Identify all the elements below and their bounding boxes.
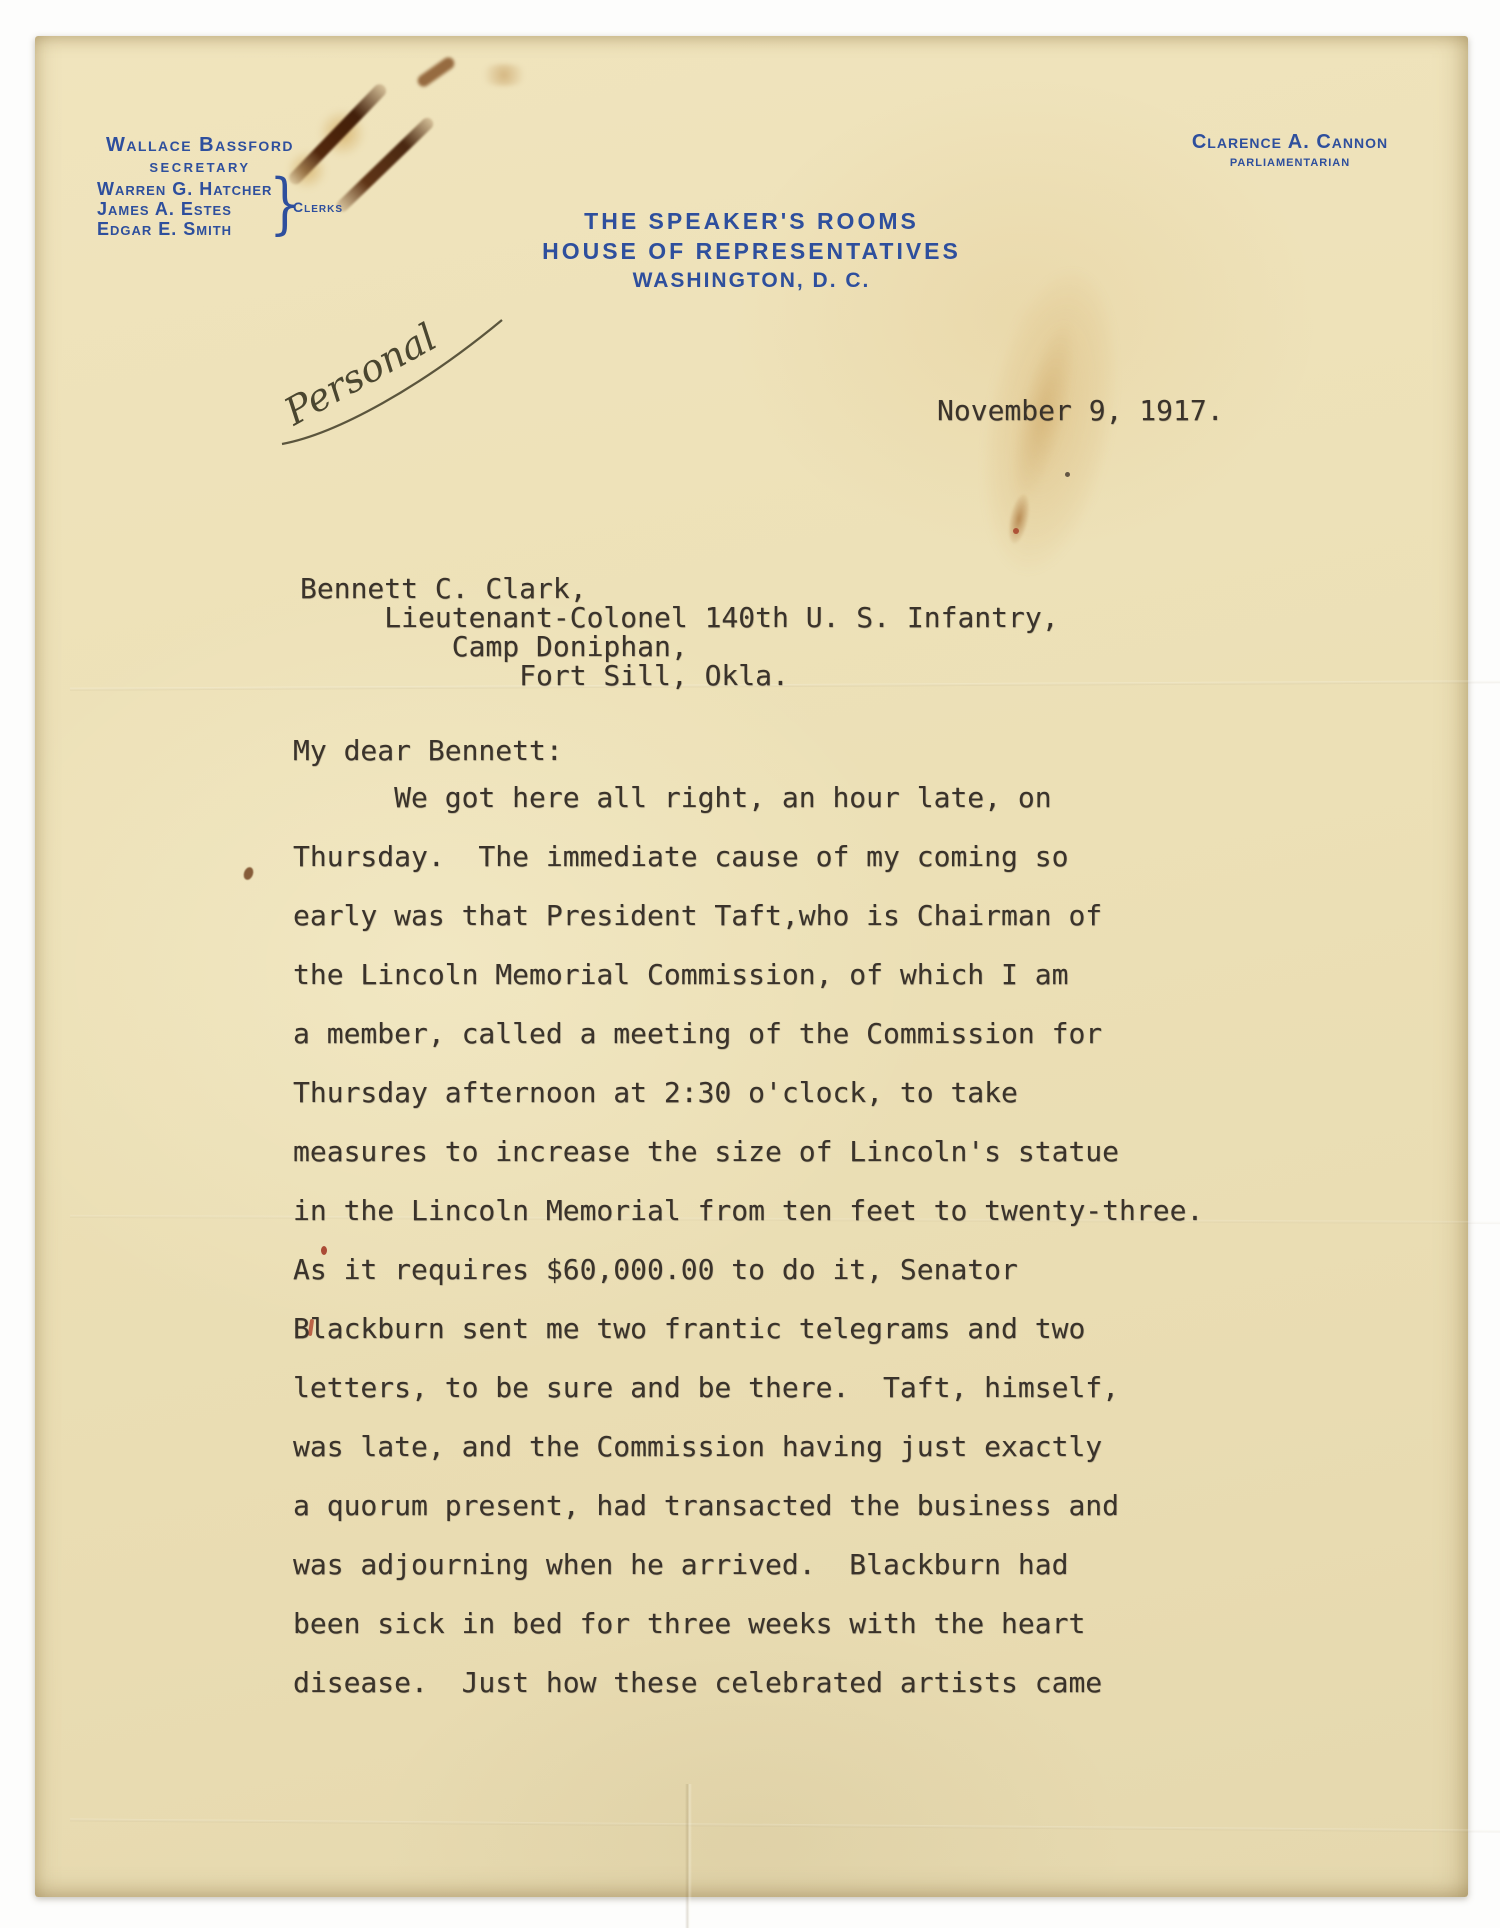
letterhead-house-of-representatives: HOUSE OF REPRESENTATIVES xyxy=(35,236,1468,266)
stray-type-dot xyxy=(1065,472,1070,477)
letter-body: We got here all right, an hour late, on … xyxy=(293,768,1203,1712)
fold-crease xyxy=(70,1818,1500,1832)
fold-crease-vertical xyxy=(685,1784,692,1928)
stain-burn-streak xyxy=(334,115,436,214)
handwriting-word: Personal xyxy=(278,315,444,435)
stain-blob xyxy=(318,109,366,157)
stain-margin-dot xyxy=(242,866,255,881)
letterhead-parliamentarian-name: Clarence A. Cannon xyxy=(1178,131,1402,154)
letterhead-washington-dc: WASHINGTON, D. C. xyxy=(35,266,1468,296)
scanned-letter: Wallace Bassford Secretary Warren G. Hat… xyxy=(0,0,1500,1928)
date-line: November 9, 1917. xyxy=(937,394,1224,427)
letterhead-secretary-name: Wallace Bassford xyxy=(95,134,305,157)
stain-red-dot xyxy=(1013,528,1019,534)
stain-small-curl xyxy=(1005,493,1033,546)
letterhead-speakers-rooms: THE SPEAKER'S ROOMS xyxy=(35,206,1468,236)
letterhead-right-block: Clarence A. Cannon Parliamentarian xyxy=(1178,131,1402,169)
letterhead-parliamentarian-title: Parliamentarian xyxy=(1178,157,1402,169)
letterhead-center-block: THE SPEAKER'S ROOMS HOUSE OF REPRESENTAT… xyxy=(35,206,1468,296)
recipient-address: Bennett C. Clark, Lieutenant-Colonel 140… xyxy=(300,574,1059,690)
stain-edge-smudge xyxy=(415,55,456,89)
handwritten-personal-note: Personal xyxy=(278,312,510,454)
stain-blob xyxy=(478,64,530,86)
salutation: My dear Bennett: xyxy=(293,734,563,767)
